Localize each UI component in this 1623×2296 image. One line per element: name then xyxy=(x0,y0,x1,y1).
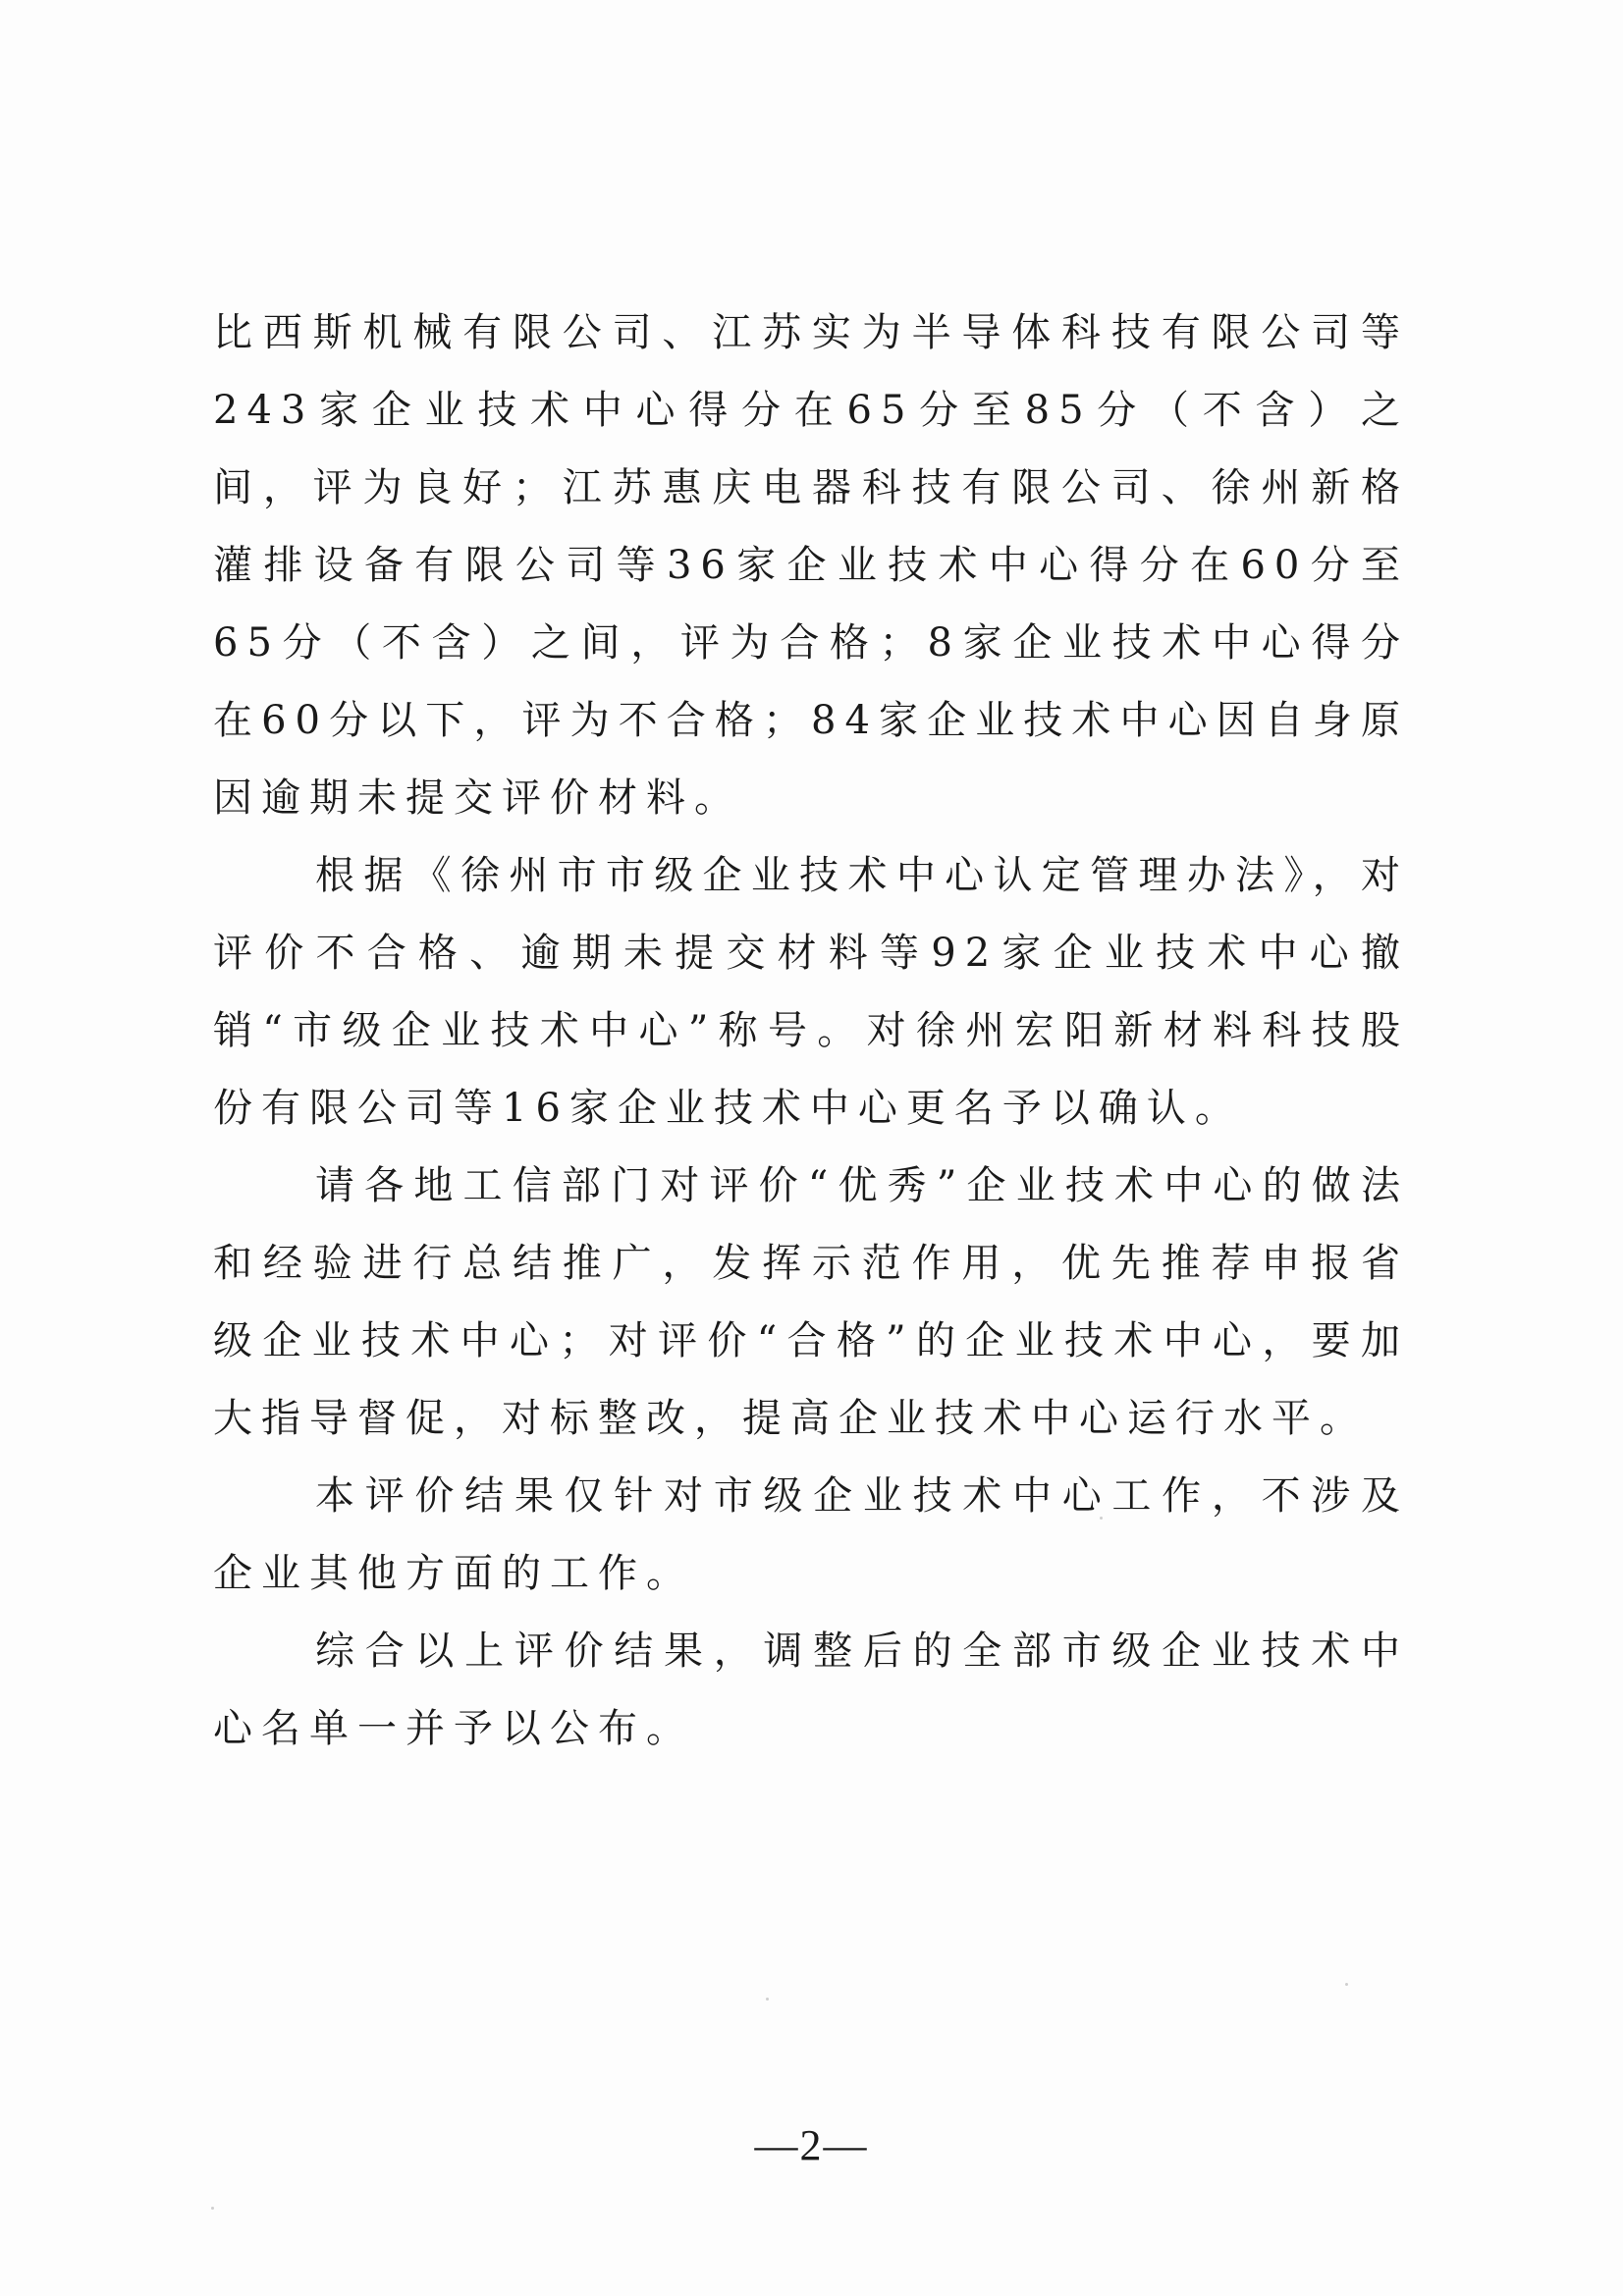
scan-speck xyxy=(1100,1517,1103,1520)
scan-speck xyxy=(1345,1983,1348,1986)
paragraph-promotion-guidance: 请各地工信部门对评价“优秀”企业技术中心的做法和经验进行总结推广，发挥示范作用，… xyxy=(213,1148,1409,1458)
document-body: 比西斯机械有限公司、江苏实为半导体科技有限公司等243家企业技术中心得分在65分… xyxy=(213,294,1409,1768)
paragraph-revocation: 根据《徐州市市级企业技术中心认定管理办法》，对评价不合格、逾期未提交材料等92家… xyxy=(213,837,1409,1148)
scan-speck xyxy=(766,1998,769,2001)
paragraph-evaluation-results: 比西斯机械有限公司、江苏实为半导体科技有限公司等243家企业技术中心得分在65分… xyxy=(213,294,1409,837)
paragraph-scope-note: 本评价结果仅针对市级企业技术中心工作，不涉及企业其他方面的工作。 xyxy=(213,1458,1409,1613)
scan-speck xyxy=(211,2207,214,2210)
page-number: —2— xyxy=(0,2120,1623,2170)
document-page: 比西斯机械有限公司、江苏实为半导体科技有限公司等243家企业技术中心得分在65分… xyxy=(0,0,1623,2296)
paragraph-publication: 综合以上评价结果，调整后的全部市级企业技术中心名单一并予以公布。 xyxy=(213,1613,1409,1768)
